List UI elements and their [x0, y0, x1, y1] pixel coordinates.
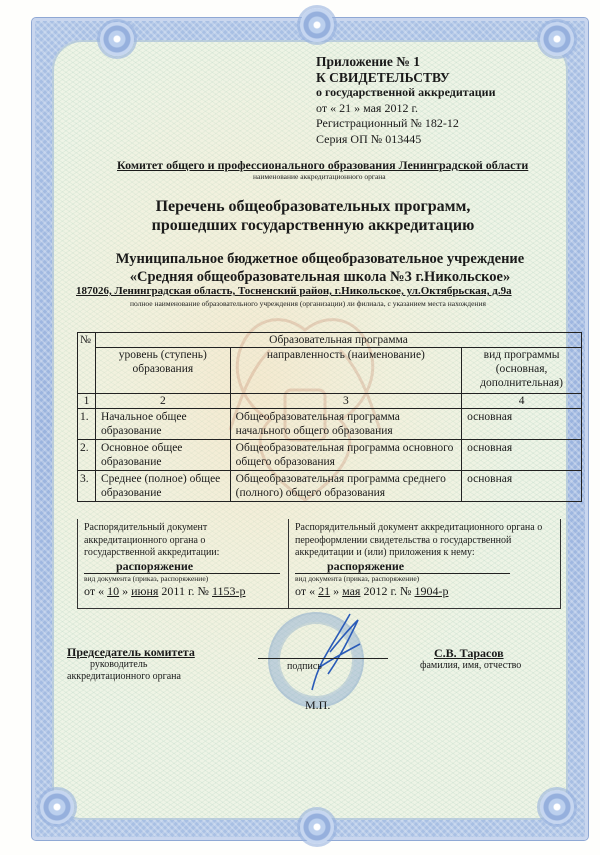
rosette-ornament-icon: [100, 22, 134, 56]
seal-place-label: М.П.: [305, 698, 330, 713]
rosette-ornament-icon: [300, 810, 334, 844]
rosette-ornament-icon: [40, 790, 74, 824]
name-caption: фамилия, имя, отчество: [420, 660, 521, 671]
certificate-header: Приложение № 1 К СВИДЕТЕЛЬСТВУ о государ…: [316, 54, 496, 148]
certificate-subheading: о государственной аккредитации: [316, 85, 496, 101]
number-column-header: №: [78, 333, 96, 394]
direction-column-header: направленность (наименование): [230, 348, 461, 394]
date-day: 21: [318, 584, 330, 598]
program-type: основная: [462, 409, 582, 440]
title-line-1: Перечень общеобразовательных программ,: [0, 197, 600, 216]
date-separator: »: [333, 584, 339, 598]
accreditation-decree-box: Распорядительный документ аккредитационн…: [77, 519, 288, 609]
date-day: 10: [107, 584, 119, 598]
decree-number: 1904-р: [414, 584, 448, 598]
document-title: Перечень общеобразовательных программ, п…: [0, 197, 600, 235]
decree-type-caption: вид документа (приказ, распоряжение): [84, 574, 288, 584]
level-column-header: уровень (ступень) образования: [95, 348, 230, 394]
registration-number: Регистрационный № 182-12: [316, 116, 496, 132]
decree-document-type: распоряжение: [295, 560, 510, 574]
series-number: Серия ОП № 013445: [316, 132, 496, 148]
date-prefix: от «: [84, 584, 104, 598]
decree-document-type: распоряжение: [84, 560, 280, 574]
decree-date: от « 21 » мая 2012 г. № 1904-р: [295, 584, 560, 599]
signatory-name: С.В. Тарасов: [434, 646, 504, 661]
program-direction: Общеобразовательная программа основного …: [230, 440, 461, 471]
decree-number: 1153-р: [212, 584, 246, 598]
decree-date: от « 10 » июня 2011 г. № 1153-р: [84, 584, 288, 599]
institution-caption: полное наименование образовательного учр…: [130, 299, 486, 308]
decree-label: Распорядительный документ аккредитационн…: [295, 522, 557, 560]
appendix-number: Приложение № 1: [316, 54, 496, 70]
number-label: №: [198, 584, 209, 598]
accrediting-agency-name: Комитет общего и профессионального образ…: [117, 158, 528, 173]
table-row: 3. Среднее (полное) общее образование Об…: [78, 471, 582, 502]
number-label: №: [400, 584, 411, 598]
rosette-ornament-icon: [540, 790, 574, 824]
type-column-header: вид программы (основная, дополнительная): [462, 348, 582, 394]
program-direction: Общеобразовательная программа среднего (…: [230, 471, 461, 502]
signature-line: [258, 658, 388, 659]
handwritten-signature: [300, 612, 370, 692]
position-caption-line-2: аккредитационного органа: [67, 671, 181, 682]
date-year: 2011 г.: [161, 584, 194, 598]
column-number: 2: [95, 394, 230, 409]
position-caption-line-1: руководитель: [90, 659, 147, 670]
row-number: 1.: [78, 409, 96, 440]
decree-type-caption: вид документа (приказ, распоряжение): [295, 574, 560, 584]
program-direction: Общеобразовательная программа начального…: [230, 409, 461, 440]
column-number: 4: [462, 394, 582, 409]
signature-caption: подпись: [287, 661, 322, 672]
title-line-2: прошедших государственную аккредитацию: [0, 216, 600, 235]
education-level: Основное общее образование: [95, 440, 230, 471]
institution-address: 187026, Ленинградская область, Тосненски…: [76, 285, 512, 297]
institution-line-1: Муниципальное бюджетное общеобразователь…: [0, 250, 600, 268]
date-month: мая: [342, 584, 360, 598]
row-number: 3.: [78, 471, 96, 502]
certificate-page: Приложение № 1 К СВИДЕТЕЛЬСТВУ о государ…: [0, 0, 600, 855]
column-number: 1: [78, 394, 96, 409]
date-year: 2012 г.: [363, 584, 397, 598]
date-month: июня: [131, 584, 158, 598]
row-number: 2.: [78, 440, 96, 471]
program-type: основная: [462, 471, 582, 502]
table-row: 2. Основное общее образование Общеобразо…: [78, 440, 582, 471]
date-prefix: от «: [295, 584, 315, 598]
table-row: 1. Начальное общее образование Общеобраз…: [78, 409, 582, 440]
accrediting-agency-caption: наименование аккредитационного органа: [253, 172, 386, 181]
issue-date: от « 21 » мая 2012 г.: [316, 101, 496, 117]
date-separator: »: [122, 584, 128, 598]
decree-label: Распорядительный документ аккредитационн…: [84, 522, 259, 560]
rosette-ornament-icon: [300, 8, 334, 42]
program-type: основная: [462, 440, 582, 471]
education-level: Начальное общее образование: [95, 409, 230, 440]
program-group-header: Образовательная программа: [95, 333, 581, 348]
column-number: 3: [230, 394, 461, 409]
education-level: Среднее (полное) общее образование: [95, 471, 230, 502]
institution-line-2: «Средняя общеобразовательная школа №3 г.…: [0, 268, 600, 286]
signatory-position: Председатель комитета: [67, 645, 195, 660]
programs-table: № Образовательная программа уровень (сту…: [77, 332, 582, 502]
rosette-ornament-icon: [540, 22, 574, 56]
certificate-heading: К СВИДЕТЕЛЬСТВУ: [316, 70, 496, 86]
reissue-decree-box: Распорядительный документ аккредитационн…: [288, 519, 561, 609]
institution-name: Муниципальное бюджетное общеобразователь…: [0, 250, 600, 286]
